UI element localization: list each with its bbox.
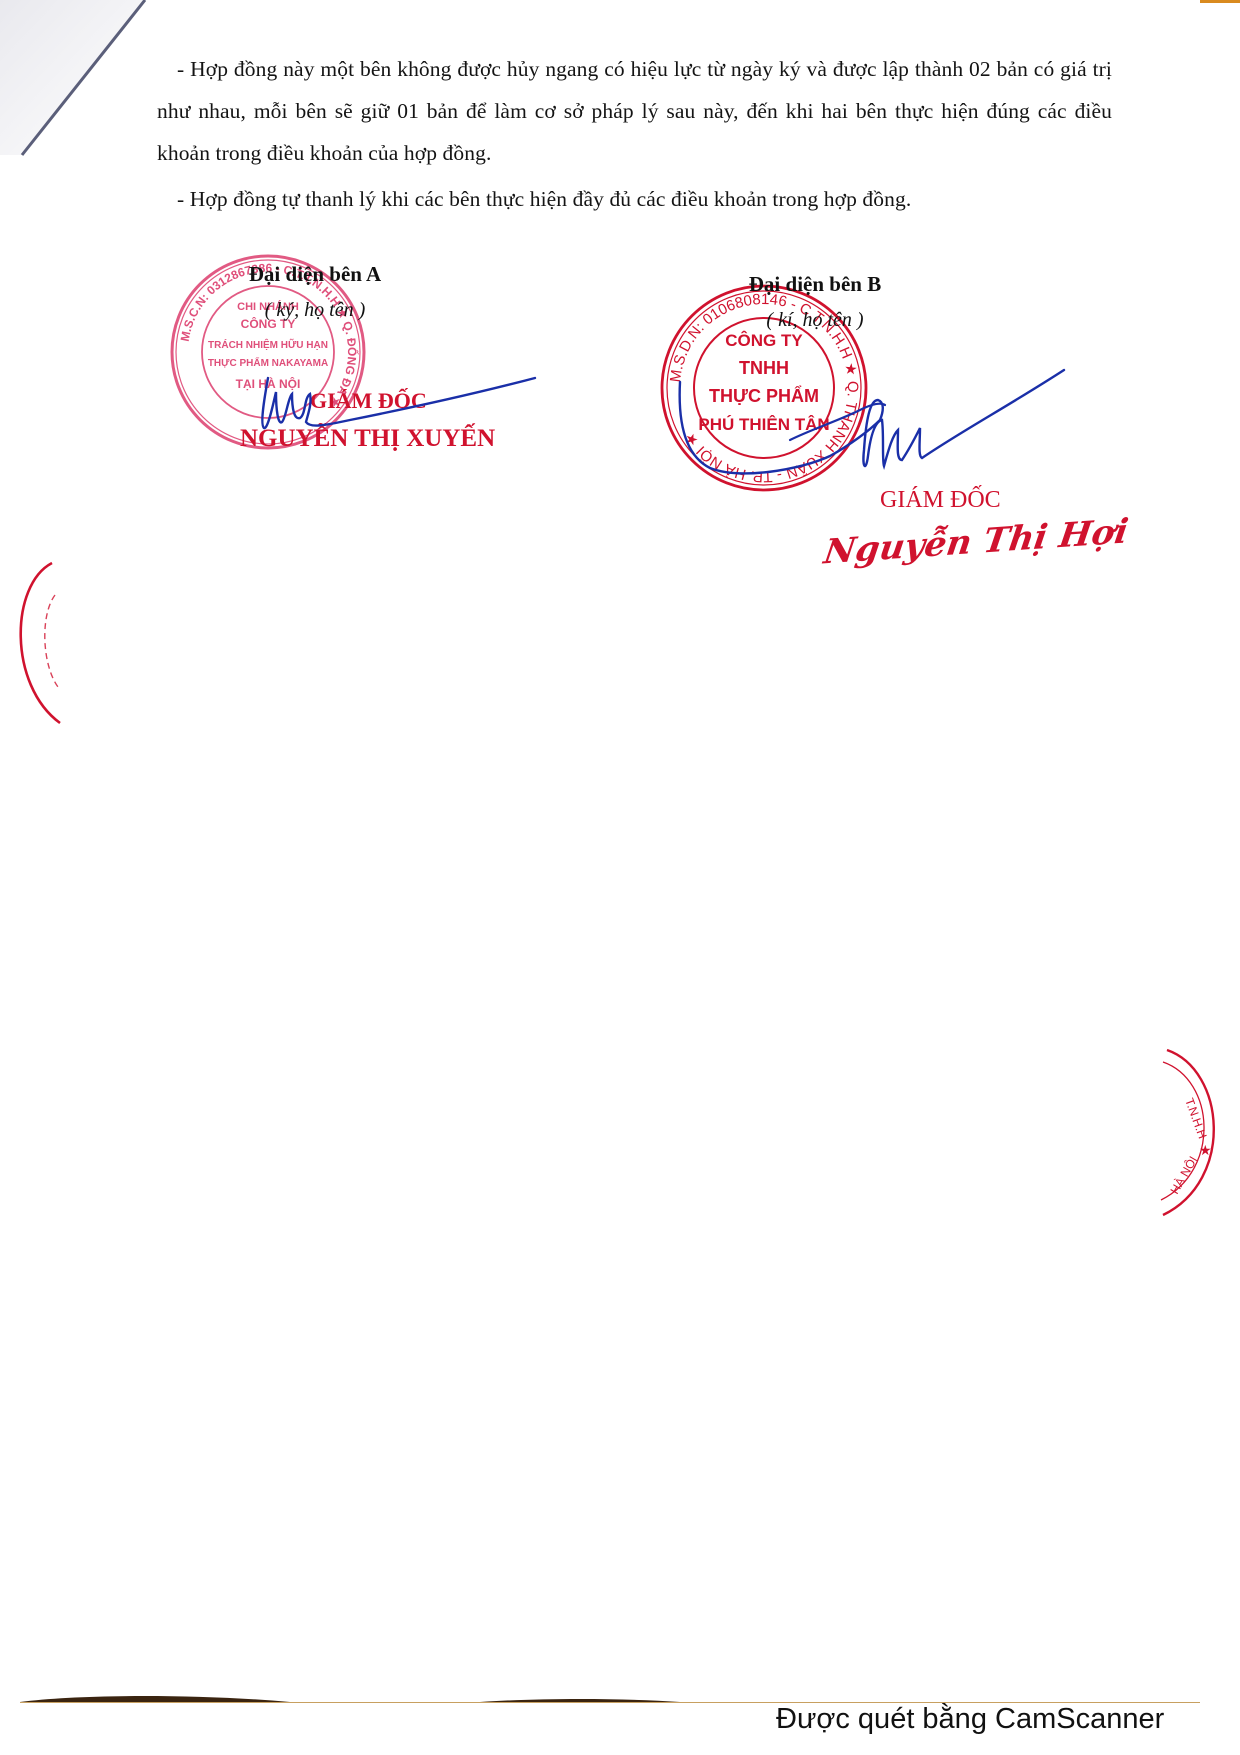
partial-stamp-left-edge — [0, 555, 70, 725]
svg-text:TNHH: TNHH — [739, 358, 789, 378]
page-fold-edge — [0, 0, 160, 160]
svg-text:CÔNG TY: CÔNG TY — [725, 331, 803, 350]
term-paragraph-2: - Hợp đồng tự thanh lý khi các bên thực … — [157, 178, 1112, 220]
svg-text:THỰC PHẨM: THỰC PHẨM — [709, 385, 819, 406]
svg-text:PHÚ THIÊN TÂN: PHÚ THIÊN TÂN — [698, 415, 829, 434]
partial-stamp-right-edge: T.N.H.H ★ HÀ NỘI — [1155, 1040, 1240, 1220]
svg-text:TRÁCH NHIỆM HỮU HẠN: TRÁCH NHIỆM HỮU HẠN — [208, 338, 328, 351]
party-b-name: Nguyễn Thị Hợi — [821, 512, 1130, 573]
contract-terms: - Hợp đồng này một bên không được hủy ng… — [157, 48, 1112, 220]
party-b-sign-hint: ( kí, họ tên ) — [700, 309, 930, 332]
party-a-title: Đại diện bên A — [200, 262, 430, 287]
svg-text:TẠI HÀ NỘI: TẠI HÀ NỘI — [236, 376, 301, 391]
party-b-position: GIÁM ĐỐC — [880, 487, 1001, 514]
party-a-position: GIÁM ĐỐC — [310, 388, 427, 414]
camscanner-watermark: Được quét bằng CamScanner — [776, 1703, 1164, 1736]
scan-edge-tint — [1200, 0, 1240, 3]
party-a-sign-hint: ( ký, họ tên ) — [200, 299, 430, 322]
party-a-name: NGUYỄN THỊ XUYẾN — [240, 425, 495, 453]
svg-text:T.N.H.H: T.N.H.H — [1182, 1096, 1210, 1140]
party-b-signature-block: Đại diện bên B ( kí, họ tên ) — [700, 272, 930, 332]
svg-text:★: ★ — [1199, 1142, 1212, 1158]
party-a-signature-block: Đại diện bên A ( ký, họ tên ) — [200, 262, 430, 322]
svg-text:THỰC PHẨM NAKAYAMA: THỰC PHẨM NAKAYAMA — [208, 356, 328, 369]
party-b-title: Đại diện bên B — [700, 272, 930, 297]
term-paragraph-1: - Hợp đồng này một bên không được hủy ng… — [157, 48, 1112, 174]
